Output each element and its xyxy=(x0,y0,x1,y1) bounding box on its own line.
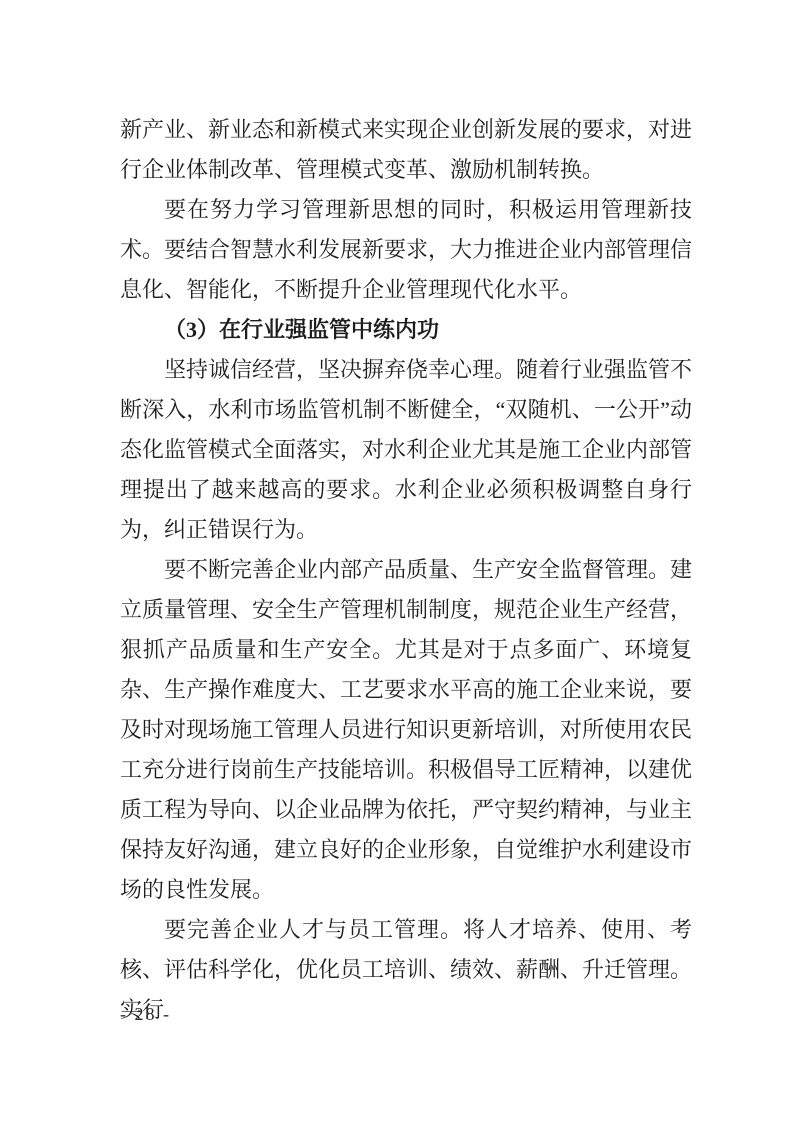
document-text-block: 新产业、新业态和新模式来实现企业创新发展的要求，对进行企业体制改革、管理模式变革… xyxy=(120,110,692,1030)
page-number: - 28 - xyxy=(120,1001,171,1027)
paragraph-continuation: 新产业、新业态和新模式来实现企业创新发展的要求，对进行企业体制改革、管理模式变革… xyxy=(120,110,692,190)
paragraph: 要完善企业人才与员工管理。将人才培养、使用、考核、评估科学化，优化员工培训、绩效… xyxy=(120,910,692,1030)
paragraph: 坚持诚信经营，坚决摒弃侥幸心理。随着行业强监管不断深入，水利市场监管机制不断健全… xyxy=(120,350,692,550)
paragraph: 要不断完善企业内部产品质量、生产安全监督管理。建立质量管理、安全生产管理机制制度… xyxy=(120,550,692,910)
section-heading: （3）在行业强监管中练内功 xyxy=(120,310,692,350)
document-page: 新产业、新业态和新模式来实现企业创新发展的要求，对进行企业体制改革、管理模式变革… xyxy=(0,0,800,1131)
paragraph: 要在努力学习管理新思想的同时，积极运用管理新技术。要结合智慧水利发展新要求，大力… xyxy=(120,190,692,310)
